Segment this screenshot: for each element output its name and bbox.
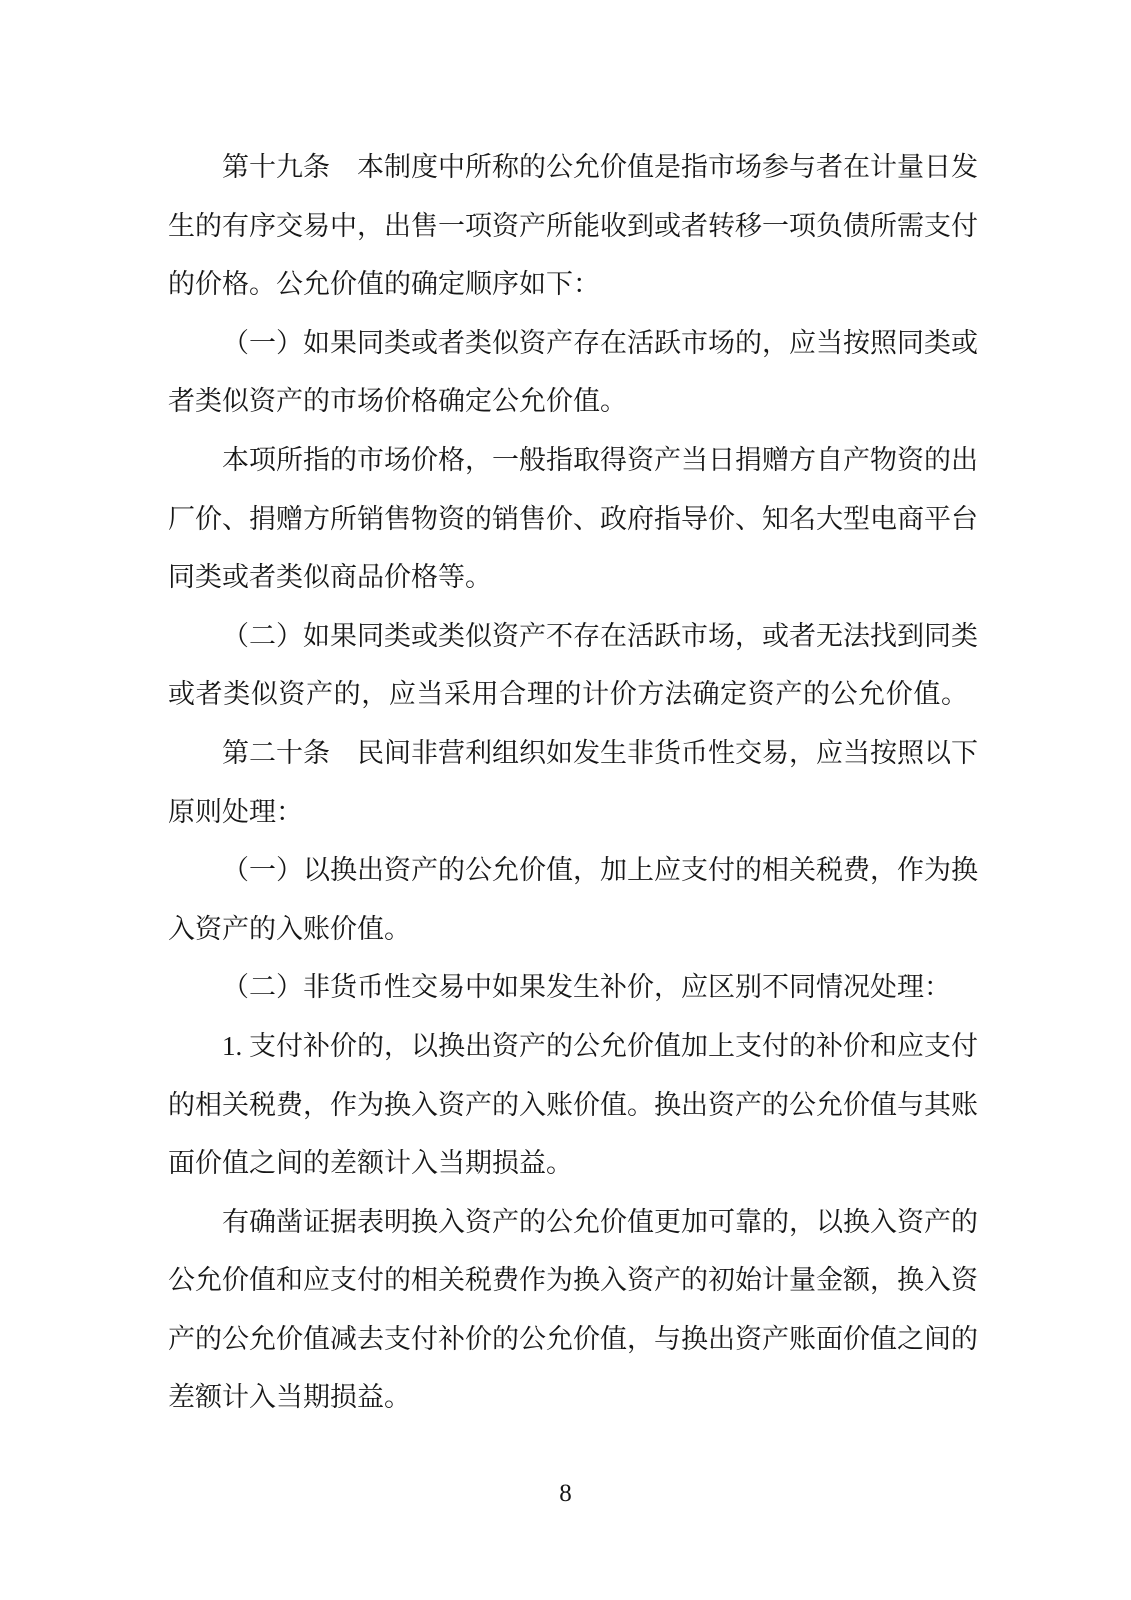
- text-line: 的相关税费，作为换入资产的入账价值。换出资产的公允价值与其账: [168, 1076, 968, 1135]
- text-line: 入资产的入账价值。: [168, 900, 968, 959]
- text-line: 同类或者类似商品价格等。: [168, 548, 968, 607]
- text-line: 厂价、捐赠方所销售物资的销售价、政府指导价、知名大型电商平台: [168, 490, 968, 549]
- text-line: 第十九条 本制度中所称的公允价值是指市场参与者在计量日发: [168, 138, 968, 197]
- text-line: 原则处理：: [168, 783, 968, 842]
- text-line: 本项所指的市场价格，一般指取得资产当日捐赠方自产物资的出: [168, 431, 968, 490]
- text-line: 面价值之间的差额计入当期损益。: [168, 1134, 968, 1193]
- page-number: 8: [0, 1474, 1131, 1514]
- text-line: （二）非货币性交易中如果发生补价，应区别不同情况处理：: [168, 958, 968, 1017]
- text-line: 第二十条 民间非营利组织如发生非货币性交易，应当按照以下: [168, 724, 968, 783]
- text-line: 产的公允价值减去支付补价的公允价值，与换出资产账面价值之间的: [168, 1310, 968, 1369]
- text-line: （一）如果同类或者类似资产存在活跃市场的，应当按照同类或: [168, 314, 968, 373]
- text-line: 生的有序交易中，出售一项资产所能收到或者转移一项负债所需支付: [168, 197, 968, 256]
- text-line: 公允价值和应支付的相关税费作为换入资产的初始计量金额，换入资: [168, 1251, 968, 1310]
- text-line: （二）如果同类或类似资产不存在活跃市场，或者无法找到同类: [168, 607, 968, 666]
- text-line: 者类似资产的市场价格确定公允价值。: [168, 372, 968, 431]
- text-line: （一）以换出资产的公允价值，加上应支付的相关税费，作为换: [168, 841, 968, 900]
- text-line: 有确凿证据表明换入资产的公允价值更加可靠的，以换入资产的: [168, 1193, 968, 1252]
- text-line: 或者类似资产的，应当采用合理的计价方法确定资产的公允价值。: [168, 665, 968, 724]
- text-line: 的价格。公允价值的确定顺序如下：: [168, 255, 968, 314]
- document-page: 第十九条 本制度中所称的公允价值是指市场参与者在计量日发 生的有序交易中，出售一…: [0, 0, 1131, 1600]
- document-body: 第十九条 本制度中所称的公允价值是指市场参与者在计量日发 生的有序交易中，出售一…: [168, 138, 968, 1427]
- text-line: 差额计入当期损益。: [168, 1368, 968, 1427]
- text-line: 1. 支付补价的，以换出资产的公允价值加上支付的补价和应支付: [168, 1017, 968, 1076]
